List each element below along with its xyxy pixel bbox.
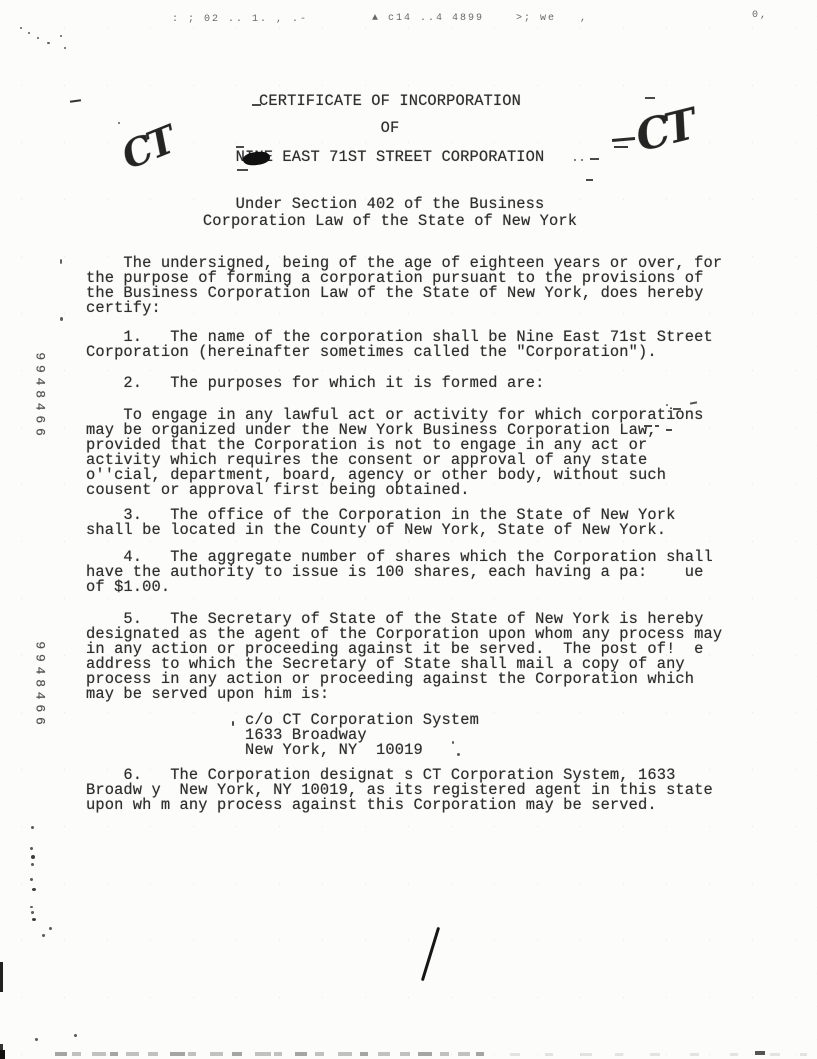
scan-noise [232,721,234,726]
scan-noise [49,927,52,930]
scanned-document-page: : ; 02 .. 1. , .- ▲ c14 ..4 4899 >; we ,… [0,0,817,1059]
fax-header-left: : ; 02 .. 1. , .- [172,14,308,25]
scan-noise-dash [378,1052,390,1056]
scan-noise-dash [545,1053,553,1056]
scan-noise [644,425,652,427]
scan-noise [666,429,672,431]
scan-noise-dash [92,1052,106,1056]
scan-noise-dash [476,1052,484,1056]
scan-noise [42,934,45,937]
scan-noise [31,826,34,829]
scan-noise [457,753,460,756]
scan-noise [690,401,697,404]
clause-6-registered-agent: 6. The Corporation designat s CT Corpora… [86,768,713,813]
clause-3-office: 3. The office of the Corporation in the … [86,508,675,538]
scan-noise-dash [440,1052,449,1056]
scan-noise-dash [755,1051,765,1055]
scan-noise-dash [55,1052,67,1056]
scan-noise-dash [338,1052,352,1056]
scan-noise-dash [418,1052,432,1056]
scan-noise-dash [315,1052,324,1056]
subtitle: Under Section 402 of the Business Corpor… [0,196,780,230]
scan-noise [60,317,63,321]
scan-noise [64,47,66,49]
scan-noise [31,911,34,914]
scan-noise [673,408,681,410]
scan-noise-dash [458,1052,470,1056]
scan-noise-dash [110,1052,118,1056]
handwritten-dash [614,146,628,148]
agent-address: c/o CT Corporation System 1633 Broadway … [86,713,479,758]
scan-noise [60,35,62,37]
scan-noise-dash [690,1053,699,1056]
clause-5-process-agent: 5. The Secretary of State of the State o… [86,612,722,702]
scan-noise-dash [360,1052,368,1056]
clause-2-purposes: 2. The purposes for which it is formed a… [86,376,544,391]
scan-noise [31,855,35,859]
scan-noise [666,404,668,406]
intro-clause: The undersigned, being of the age of eig… [86,256,722,316]
scan-noise [30,906,33,908]
clause-1-name: 1. The name of the corporation shall be … [86,330,713,360]
scan-noise-dash [72,1052,81,1056]
scan-noise-dash [770,1053,780,1056]
scan-noise-dash [210,1052,223,1056]
scan-noise-dash [800,1053,807,1056]
scan-noise-dash [650,1053,660,1056]
scan-noise [252,104,261,106]
clause-4-shares: 4. The aggregate number of shares which … [86,550,713,595]
scan-noise [47,42,50,44]
clause-2-body: To engage in any lawful act or activity … [86,408,704,498]
scan-noise-dash [170,1052,185,1056]
scan-noise-dash [510,1053,520,1056]
scan-noise [32,888,36,891]
scan-noise-dash [188,1052,196,1056]
scan-noise-dash [580,1053,592,1056]
scan-noise [586,179,593,181]
fax-header-right: 0, [752,10,768,21]
margin-stamp-lower: 9948466 [33,626,48,746]
scan-noise [30,878,33,881]
scan-noise [37,37,39,39]
page-edge-artifact [0,1050,5,1059]
handwritten-dash [612,137,635,141]
scan-noise [655,425,659,427]
scan-noise [237,169,248,171]
margin-stamp-upper: 9948466 [33,337,48,457]
scan-noise [28,32,30,34]
scan-noise [645,97,655,99]
scan-noise-dash [274,1052,282,1056]
scan-noise-dash [400,1052,410,1056]
scan-noise [236,146,244,148]
scan-noise-dash [295,1052,307,1056]
scan-noise [31,863,34,866]
scan-noise [590,158,599,160]
scan-noise [452,741,454,744]
handwritten-slash [421,927,440,981]
scan-noise [74,1034,77,1037]
scan-noise-dash [255,1052,271,1056]
scan-noise-dash [730,1053,738,1056]
scan-noise [118,122,120,124]
scan-noise [60,259,62,264]
scan-noise [20,27,22,29]
scan-noise [35,1038,38,1041]
scan-noise [574,159,576,161]
scan-noise-dash [126,1052,139,1056]
scan-noise-dash [148,1052,158,1056]
scan-noise [30,847,33,850]
scan-noise-dash [615,1053,623,1056]
scan-noise [32,918,36,921]
fax-header-middle: ▲ c14 ..4 4899 >; we , [372,13,588,24]
page-edge-artifact [0,962,3,992]
scan-noise-dash [232,1052,242,1056]
scan-noise [581,159,583,161]
